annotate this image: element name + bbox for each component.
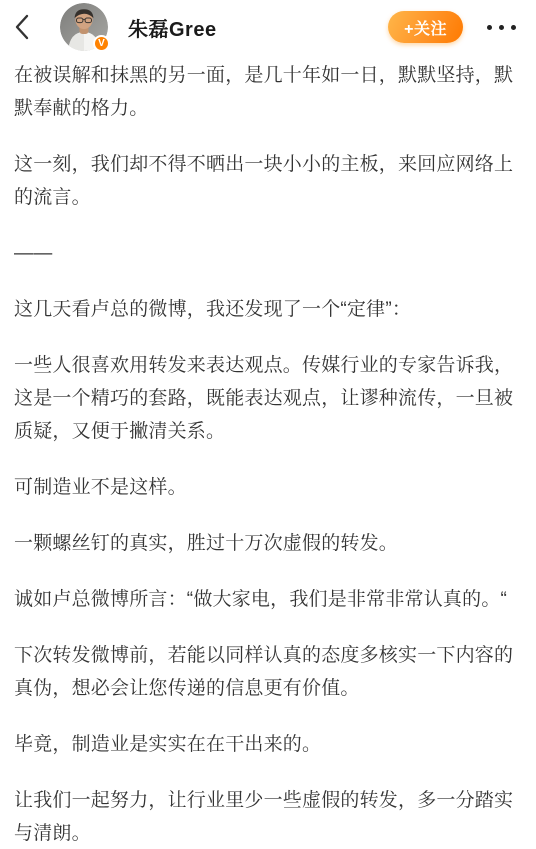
more-options-button[interactable] xyxy=(485,19,518,36)
post-paragraph: 诚如卢总微博所言：“做大家电，我们是非常非常认真的。“ xyxy=(14,583,522,616)
weibo-post-screen: V 朱磊Gree +关注 在被误解和抹黑的另一面，是几十年如一日，默默坚持，默默… xyxy=(0,0,536,849)
post-paragraph: 一些人很喜欢用转发来表达观点。传媒行业的专家告诉我，这是一个精巧的套路，既能表达… xyxy=(14,349,522,448)
chevron-left-icon xyxy=(14,14,30,40)
post-paragraph: —— xyxy=(14,237,522,270)
post-paragraph: 毕竟，制造业是实实在在干出来的。 xyxy=(14,728,522,761)
avatar[interactable]: V xyxy=(60,3,108,51)
post-paragraph: 这一刻，我们却不得不晒出一块小小的主板，来回应网络上的流言。 xyxy=(14,148,522,214)
ellipsis-icon xyxy=(499,25,504,30)
post-paragraph: 这几天看卢总的微博，我还发现了一个“定律”： xyxy=(14,293,522,326)
ellipsis-icon xyxy=(511,25,516,30)
post-paragraph: 下次转发微博前，若能以同样认真的态度多核实一下内容的真伪，想必会让您传递的信息更… xyxy=(14,639,522,705)
post-paragraph: 可制造业不是这样。 xyxy=(14,471,522,504)
follow-button[interactable]: +关注 xyxy=(388,11,463,43)
verified-v-badge-icon: V xyxy=(93,35,110,52)
post-paragraph: 一颗螺丝钉的真实，胜过十万次虚假的转发。 xyxy=(14,527,522,560)
username[interactable]: 朱磊Gree xyxy=(128,13,217,42)
post-paragraph: 在被误解和抹黑的另一面，是几十年如一日，默默坚持，默默奉献的格力。 xyxy=(14,59,522,125)
back-button[interactable] xyxy=(14,12,40,42)
ellipsis-icon xyxy=(487,25,492,30)
post-paragraph: 让我们一起努力，让行业里少一些虚假的转发，多一分踏实与清朗。 xyxy=(14,784,522,849)
post-content: 在被误解和抹黑的另一面，是几十年如一日，默默坚持，默默奉献的格力。 这一刻，我们… xyxy=(0,54,536,849)
header: V 朱磊Gree +关注 xyxy=(0,0,536,54)
